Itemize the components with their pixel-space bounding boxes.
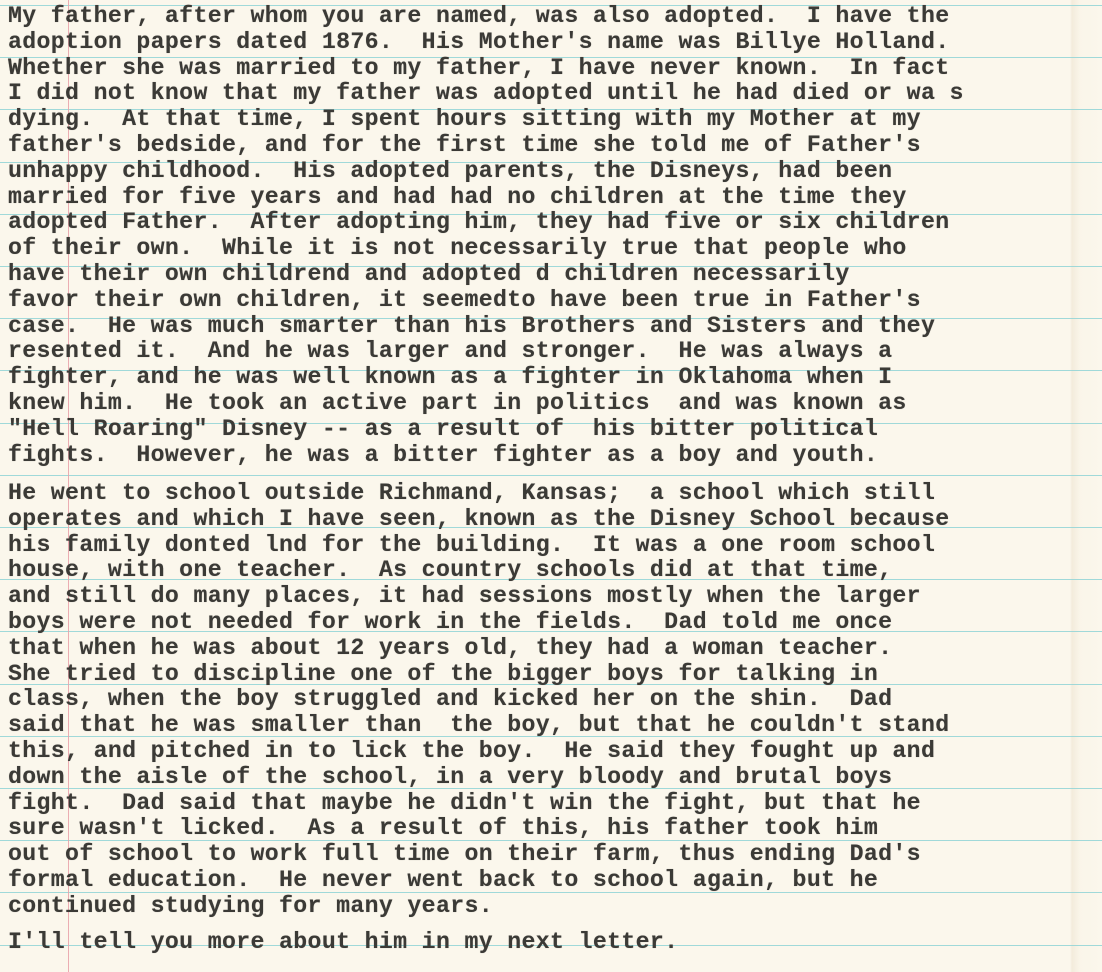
text-line: dying. At that time, I spent hours sitti… [8,107,964,133]
text-line: fights. However, he was a bitter fighter… [8,443,964,469]
text-line: I did not know that my father was adopte… [8,81,964,107]
text-line: this, and pitched in to lick the boy. He… [8,739,949,765]
text-line: said that he was smaller than the boy, b… [8,713,949,739]
closing-line: I'll tell you more about him in my next … [8,930,678,956]
text-line: of their own. While it is not necessaril… [8,236,964,262]
text-line: class, when the boy struggled and kicked… [8,687,949,713]
text-line: sure wasn't licked. As a result of this,… [8,816,949,842]
text-line: fight. Dad said that maybe he didn't win… [8,791,949,817]
text-line: He went to school outside Richmand, Kans… [8,481,949,507]
paper-page: My father, after whom you are named, was… [0,0,1102,972]
text-line: and still do many places, it had session… [8,584,949,610]
text-line: married for five years and had had no ch… [8,185,964,211]
text-line: formal education. He never went back to … [8,868,949,894]
text-line: boys were not needed for work in the fie… [8,610,949,636]
text-line: She tried to discipline one of the bigge… [8,662,949,688]
text-line: unhappy childhood. His adopted parents, … [8,159,964,185]
text-line: fighter, and he was well known as a figh… [8,365,964,391]
text-line: down the aisle of the school, in a very … [8,765,949,791]
text-line: "Hell Roaring" Disney -- as a result of … [8,417,964,443]
text-line: resented it. And he was larger and stron… [8,339,964,365]
text-line: favor their own children, it seemedto ha… [8,288,964,314]
paragraph-school-story: He went to school outside Richmand, Kans… [8,481,949,920]
text-line: I'll tell you more about him in my next … [8,930,678,956]
text-line: operates and which I have seen, known as… [8,507,949,533]
text-line: that when he was about 12 years old, the… [8,636,949,662]
text-line: house, with one teacher. As country scho… [8,558,949,584]
text-line: adoption papers dated 1876. His Mother's… [8,30,964,56]
text-line: case. He was much smarter than his Broth… [8,314,964,340]
text-line: adopted Father. After adopting him, they… [8,210,964,236]
text-line: continued studying for many years. [8,894,949,920]
ruled-line [0,475,1102,476]
paragraph-adoption-history: My father, after whom you are named, was… [8,4,964,468]
text-line: Whether she was married to my father, I … [8,56,964,82]
text-line: My father, after whom you are named, was… [8,4,964,30]
text-line: his family donted lnd for the building. … [8,533,949,559]
text-line: father's bedside, and for the first time… [8,133,964,159]
text-line: out of school to work full time on their… [8,842,949,868]
text-line: knew him. He took an active part in poli… [8,391,964,417]
text-line: have their own childrend and adopted d c… [8,262,964,288]
